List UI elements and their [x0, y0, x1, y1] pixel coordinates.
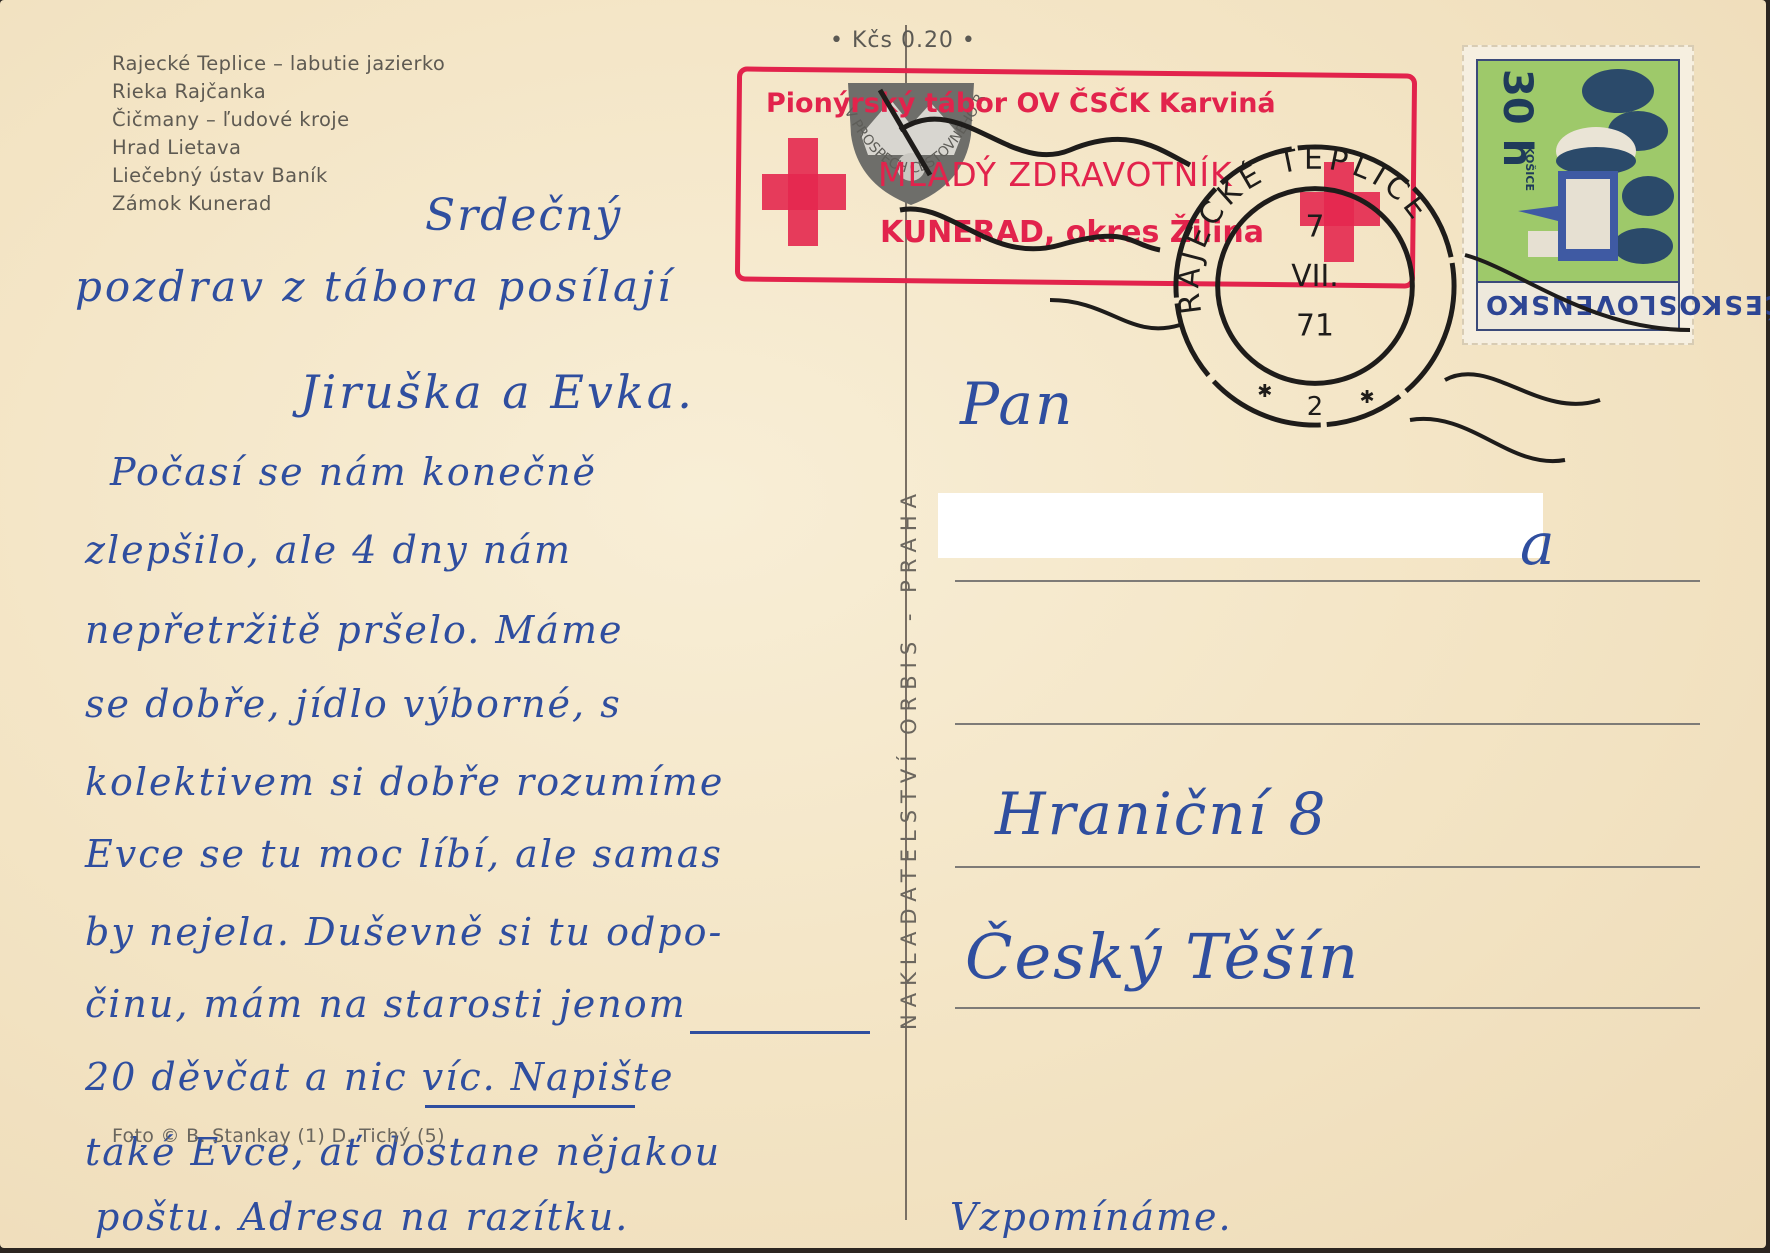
caption-line: Zámok Kunerad	[112, 190, 445, 218]
printed-caption: Rajecké Teplice – labutie jazierko Rieka…	[112, 50, 445, 218]
address-rule	[955, 866, 1700, 868]
meter-value: • Kčs 0.20 •	[830, 28, 976, 53]
underline-nic-vic	[425, 1105, 635, 1108]
svg-text:2: 2	[1307, 392, 1323, 422]
publisher-vertical-text: NAKLADATELSTVÍ ORBIS - PRAHA	[897, 487, 921, 1030]
message-line: nepřetržitě pršelo. Máme	[85, 608, 623, 652]
greeting-line: pozdrav z tábora posílají	[75, 262, 674, 311]
address-rule	[955, 723, 1700, 725]
address-line-4: Český Těšín	[965, 920, 1360, 993]
underline-jenom	[690, 1031, 870, 1034]
message-line: se dobře, jídlo výborné, s	[85, 682, 622, 726]
cachet-line-1: Pionýrský tábor OV ČSČK Karviná	[766, 88, 1276, 119]
caption-line: Rieka Rajčanka	[112, 78, 445, 106]
caption-line: Čičmany – ľudové kroje	[112, 106, 445, 134]
caption-line: Liečebný ústav Baník	[112, 162, 445, 190]
closing-line: Vzpomínáme.	[950, 1195, 1233, 1239]
stamp-place: KOŠICE	[1523, 146, 1536, 191]
message-line: kolektivem si dobře rozumíme	[85, 760, 724, 804]
address-rule	[955, 1007, 1700, 1009]
greeting-signature: Jiruška a Evka.	[300, 365, 695, 419]
caption-line: Hrad Lietava	[112, 134, 445, 162]
postage-stamp: 30 h KOŠICE ČESKOSLOVENSKO	[1462, 45, 1694, 345]
svg-text:7: 7	[1306, 209, 1325, 244]
photo-credit: Foto © B. Stankay (1) D. Tichý (5)	[112, 1125, 445, 1147]
address-line-3: Hraniční 8	[995, 780, 1328, 848]
svg-text:✱: ✱	[1257, 381, 1272, 402]
svg-text:✱: ✱	[1360, 387, 1375, 408]
greeting-line: Srdečný	[425, 190, 622, 241]
stamp-country: ČESKOSLOVENSKO	[1484, 289, 1770, 319]
postmark-cancellation: RAJECKÉ TEPLICE 7 VII. 71 2 ✱ ✱	[1166, 137, 1464, 435]
message-line: by nejela. Duševně si tu odpo-	[85, 910, 723, 954]
postcard: Rajecké Teplice – labutie jazierko Rieka…	[0, 0, 1766, 1248]
address-line-2-tail: a	[1520, 510, 1557, 578]
address-rule	[955, 580, 1700, 582]
message-line: Evce se tu moc líbí, ale samas	[85, 832, 723, 876]
svg-text:VII.: VII.	[1291, 259, 1338, 294]
message-line: činu, mám na starosti jenom	[85, 982, 687, 1026]
message-line: poštu. Adresa na razítku.	[95, 1195, 629, 1239]
message-line: zlepšilo, ale 4 dny nám	[85, 528, 572, 572]
message-line: Počasí se nám konečně	[110, 450, 597, 494]
address-line-1: Pan	[960, 370, 1074, 438]
message-line: 20 děvčat a nic víc. Napište	[85, 1055, 674, 1099]
redacted-name-block	[938, 493, 1543, 558]
svg-text:71: 71	[1296, 309, 1334, 344]
caption-line: Rajecké Teplice – labutie jazierko	[112, 50, 445, 78]
